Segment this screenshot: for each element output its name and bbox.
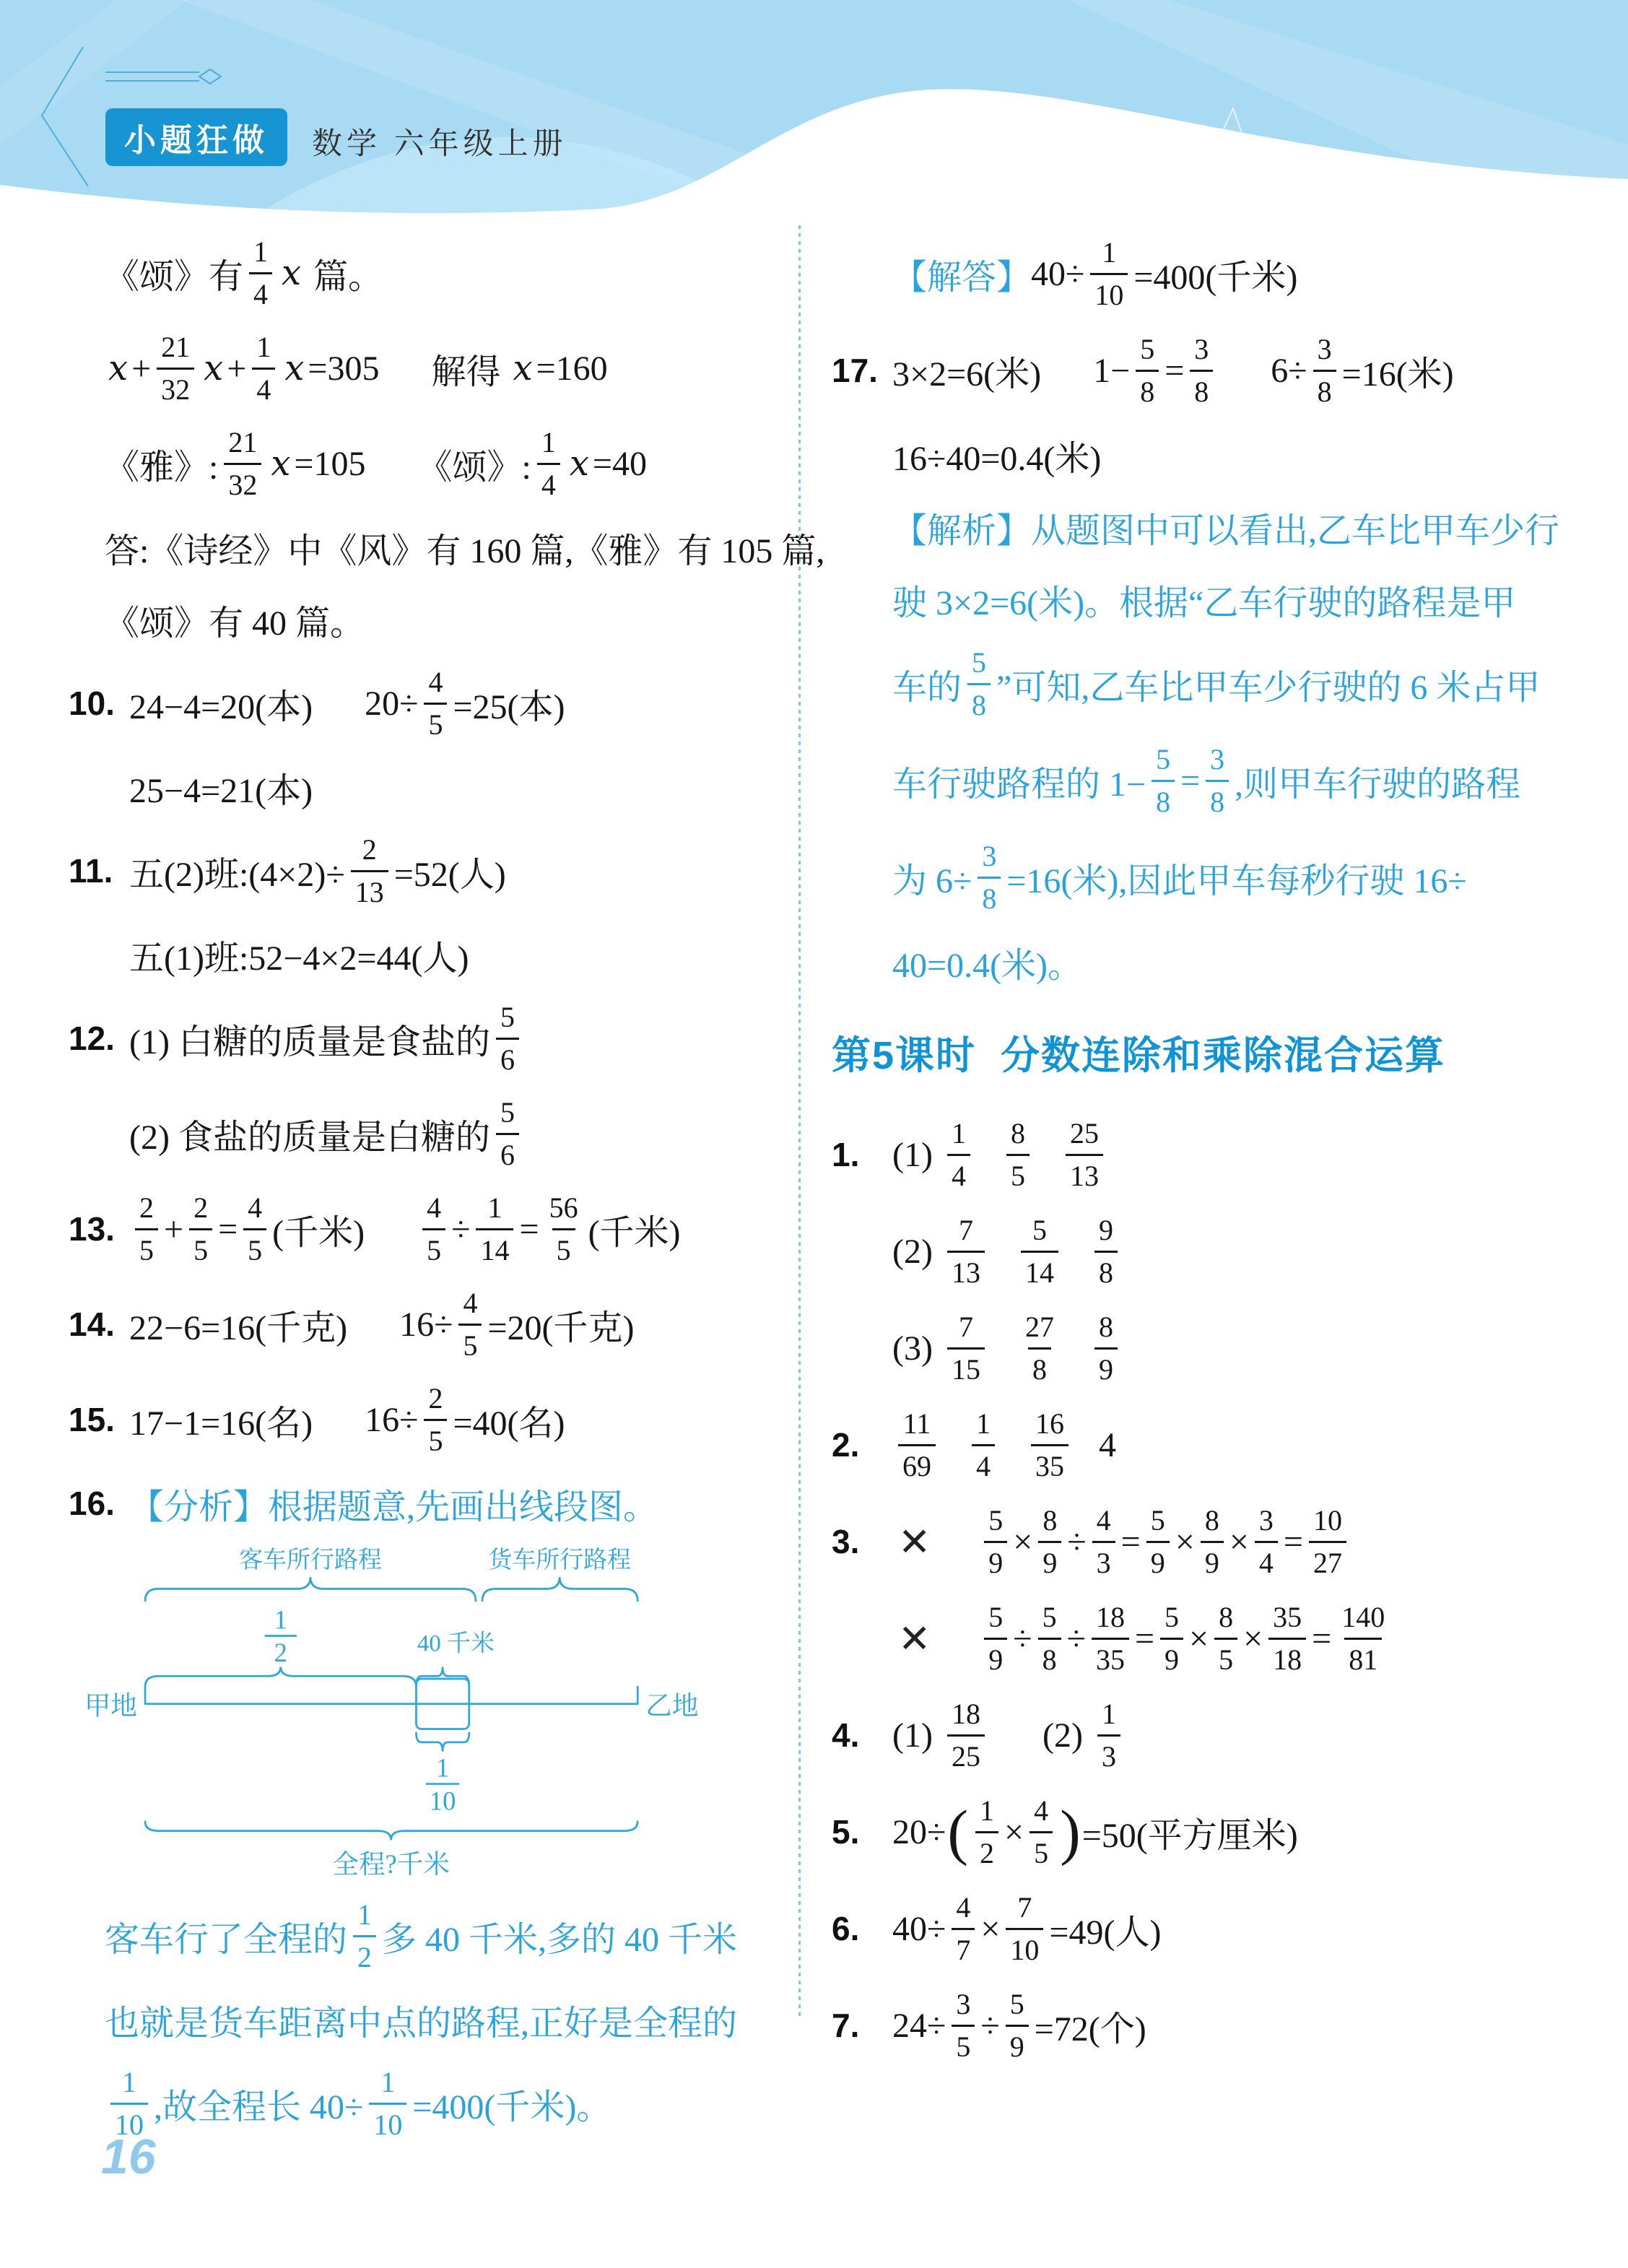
answer-line: 车行驶路程的 1−58=38,则甲车行驶的路程 bbox=[832, 732, 1597, 829]
fraction: 85 bbox=[1006, 1119, 1030, 1191]
math-text: =105 bbox=[294, 444, 365, 484]
math-text: 24÷ bbox=[892, 2006, 946, 2046]
math-text: 4 bbox=[1099, 1425, 1116, 1465]
fraction-part: 21 bbox=[224, 428, 261, 463]
fraction-part: 18 bbox=[1268, 1638, 1306, 1674]
math-text: =160 bbox=[536, 349, 608, 388]
fraction-part: 1 bbox=[537, 428, 560, 463]
diagram-total-label: 全程?千米 bbox=[332, 1849, 450, 1879]
fraction-part: 1 bbox=[118, 2068, 141, 2103]
math-text: =20(千克) bbox=[487, 1300, 634, 1350]
explanation-text: ”可知,乙车比甲车少行驶的 6 米占甲 bbox=[996, 659, 1540, 709]
fraction-part: 5 bbox=[1152, 745, 1175, 780]
fraction-part: 10 bbox=[369, 2103, 406, 2139]
math-text: =305 bbox=[308, 349, 379, 388]
fraction: 89 bbox=[1094, 1313, 1118, 1384]
fraction-part: 8 bbox=[1006, 1119, 1030, 1154]
fraction: 35 bbox=[952, 1990, 975, 2061]
explanation-text: 从题图中可以看出,乙车比甲车少行 bbox=[1031, 503, 1559, 552]
answer-line: 也就是货车距离中点的路程,正好是全程的 bbox=[69, 1984, 800, 2056]
math-text: 16÷ bbox=[365, 1400, 418, 1440]
math-text: 五(2)班:(4×2)÷ bbox=[129, 846, 345, 896]
answer-line: 4.(1) 1825(2) 13 bbox=[832, 1687, 1597, 1783]
explanation-text: 车的 bbox=[892, 659, 962, 709]
fraction: 59 bbox=[1006, 1990, 1029, 2061]
math-text: 《颂》有 bbox=[105, 248, 243, 298]
fraction: 59 bbox=[984, 1603, 1007, 1674]
fraction-part: 5 bbox=[189, 1228, 212, 1265]
fraction-part: 5 bbox=[1160, 1603, 1183, 1638]
fraction-part: 5 bbox=[135, 1228, 158, 1265]
answer-line: 2.11691416354 bbox=[832, 1396, 1597, 1493]
fraction-part: 21 bbox=[157, 333, 194, 368]
math-text: (千米) bbox=[272, 1204, 365, 1254]
math-text: = bbox=[1135, 1619, 1154, 1659]
explanation-text: = bbox=[1180, 761, 1200, 801]
answer-line: 11.五(2)班:(4×2)÷213=52(人) bbox=[69, 823, 800, 918]
fraction-part: 5 bbox=[496, 1003, 519, 1038]
math-text: × bbox=[1013, 1522, 1032, 1562]
answer-line: 25−4=21(本) bbox=[69, 751, 800, 823]
label-tag: 【解析】 bbox=[892, 503, 1031, 552]
fraction: 12 bbox=[975, 1796, 998, 1868]
explanation-text: 也就是货车距离中点的路程,正好是全程的 bbox=[105, 1995, 737, 2045]
explanation-text: 驶 3×2=6(米)。根据“乙车行驶的路程是甲 bbox=[892, 575, 1515, 625]
fraction-part: 35 bbox=[1268, 1603, 1306, 1638]
item-number: 13. bbox=[69, 1209, 129, 1248]
math-text: =400(千米) bbox=[1133, 249, 1297, 299]
fraction: 1027 bbox=[1309, 1506, 1346, 1578]
fraction-part: 8 bbox=[967, 683, 991, 720]
fraction-part: 3 bbox=[1313, 335, 1336, 370]
math-text: ÷ bbox=[451, 1209, 470, 1249]
fraction-part: 8 bbox=[1206, 780, 1229, 817]
fraction: 25 bbox=[424, 1384, 447, 1456]
math-text: × bbox=[1175, 1522, 1195, 1562]
fraction: 38 bbox=[978, 842, 1001, 913]
fraction: 85 bbox=[1214, 1603, 1237, 1674]
math-text: 3×2=6(米) bbox=[892, 346, 1041, 396]
math-text: (千米) bbox=[588, 1204, 681, 1254]
fraction: 12 bbox=[353, 1900, 376, 1972]
answer-line: 15.17−1=16(名)16÷25=40(名) bbox=[69, 1372, 800, 1467]
variable: x bbox=[200, 348, 227, 388]
fraction-part: 5 bbox=[1030, 1831, 1053, 1868]
fraction-part: 10 bbox=[1006, 1928, 1043, 1965]
math-text: 17−1=16(名) bbox=[129, 1395, 313, 1445]
math-text: =50(平方厘米) bbox=[1082, 1807, 1298, 1857]
book-subtitle: 数学 六年级上册 bbox=[312, 120, 567, 163]
diagram-half-numerator: 1 bbox=[274, 1604, 287, 1634]
fraction-part: 5 bbox=[967, 648, 991, 683]
answer-line: 3.✕59×89÷43=59×89×34=1027 bbox=[832, 1493, 1597, 1590]
fraction-part: 8 bbox=[1038, 1506, 1061, 1541]
math-text: 五(1)班:52−4×2=44(人) bbox=[129, 930, 469, 980]
fraction-part: 4 bbox=[972, 1444, 995, 1481]
fraction-part: 5 bbox=[243, 1228, 266, 1265]
fraction: 1835 bbox=[1092, 1603, 1129, 1674]
math-text: =40 bbox=[593, 444, 647, 484]
answer-line: 14.22−6=16(千克)16÷45=20(千克) bbox=[69, 1277, 800, 1372]
item-number: 15. bbox=[69, 1400, 129, 1439]
item-number: 4. bbox=[832, 1716, 892, 1755]
fraction-part: 81 bbox=[1344, 1638, 1382, 1674]
math-text: 答:《诗经》中《风》有 160 篇,《雅》有 105 篇, bbox=[105, 523, 824, 573]
diagram-end-label: 乙地 bbox=[645, 1690, 698, 1720]
fraction: 43 bbox=[1092, 1506, 1115, 1578]
fraction-part: 1 bbox=[972, 1409, 995, 1444]
answer-line: 为 6÷38=16(米),因此甲车每秒行驶 16÷ bbox=[832, 829, 1597, 926]
answer-line: 17.3×2=6(米)1−58=386÷38=16(米) bbox=[832, 322, 1597, 419]
math-text: + bbox=[227, 349, 246, 388]
fraction-part: 3 bbox=[952, 1990, 975, 2025]
answer-line: 16÷40=0.4(米) bbox=[832, 419, 1597, 491]
item-number: 6. bbox=[832, 1909, 892, 1948]
math-text: 16÷ bbox=[399, 1305, 453, 1344]
math-text: 20÷ bbox=[892, 1812, 946, 1852]
left-lines-before: 《颂》有14x 篇。x+2132x+14x=305解得 x=160《雅》:213… bbox=[69, 225, 800, 1539]
answer-line: 12.(1) 白糖的质量是食盐的56 bbox=[69, 991, 800, 1086]
fraction-part: 9 bbox=[1094, 1216, 1118, 1251]
fraction-part: 4 bbox=[952, 1893, 975, 1928]
page-header: 小题狂做 数学 六年级上册 bbox=[0, 0, 1628, 217]
fraction-part: 25 bbox=[1066, 1119, 1103, 1154]
fraction-part: 6 bbox=[496, 1038, 519, 1074]
fraction-part: 16 bbox=[1031, 1409, 1068, 1444]
fraction: 59 bbox=[984, 1506, 1007, 1578]
fraction-part: 4 bbox=[249, 272, 272, 309]
fraction-part: 35 bbox=[1031, 1444, 1068, 1481]
explanation-text: 40=0.4(米)。 bbox=[892, 937, 1082, 987]
fraction: 213 bbox=[351, 835, 388, 907]
fraction: 14081 bbox=[1337, 1603, 1389, 1674]
fraction: 14 bbox=[249, 238, 272, 309]
fraction-part: 8 bbox=[1190, 370, 1213, 407]
fraction: 58 bbox=[967, 648, 991, 720]
fraction-part: 4 bbox=[1255, 1541, 1278, 1578]
diagram-tenth-denominator: 10 bbox=[430, 1786, 456, 1815]
fraction-part: 1 bbox=[252, 333, 275, 368]
fraction: 565 bbox=[545, 1194, 583, 1265]
math-text: 24−4=20(本) bbox=[129, 679, 313, 729]
fraction-part: 4 bbox=[252, 368, 275, 404]
answer-line: 【解答】40÷110=400(千米) bbox=[832, 225, 1597, 322]
fraction-part: 6 bbox=[496, 1133, 519, 1170]
fraction: 38 bbox=[1190, 335, 1213, 407]
math-text: 《雅》: bbox=[105, 439, 218, 489]
answer-line: 7.24÷35÷59=72(个) bbox=[832, 1977, 1597, 2074]
item-number: 1. bbox=[832, 1135, 892, 1174]
math-text: (2) 食盐的质量是白糖的 bbox=[129, 1109, 490, 1159]
fraction: 14 bbox=[947, 1119, 970, 1191]
item-number: 5. bbox=[832, 1812, 892, 1851]
fraction-part: 5 bbox=[1214, 1638, 1237, 1674]
fraction: 45 bbox=[243, 1194, 266, 1265]
fraction-part: 9 bbox=[984, 1638, 1007, 1674]
math-text: 解得 bbox=[431, 344, 509, 394]
fraction: 1635 bbox=[1031, 1409, 1068, 1481]
fraction-part: 11 bbox=[899, 1409, 936, 1444]
math-text: + bbox=[131, 349, 151, 388]
answer-line: (2) 食盐的质量是白糖的56 bbox=[69, 1086, 800, 1181]
fraction-part: 1 bbox=[1097, 1700, 1120, 1734]
fraction-part: 8 bbox=[1201, 1506, 1224, 1541]
fraction-part: 7 bbox=[1013, 1893, 1036, 1928]
diagram-forty-label: 40 千米 bbox=[417, 1630, 495, 1657]
brand-badge: 小题狂做 bbox=[105, 108, 287, 166]
answer-line: 1.(1) 14852513 bbox=[832, 1106, 1597, 1203]
big-paren: ( bbox=[947, 1801, 968, 1863]
fraction: 278 bbox=[1021, 1313, 1058, 1384]
fraction: 89 bbox=[1038, 1506, 1061, 1578]
math-text: = bbox=[1312, 1619, 1331, 1659]
fraction-part: 4 bbox=[458, 1289, 482, 1324]
item-number: 2. bbox=[832, 1425, 892, 1464]
answer-line: 《颂》有14x 篇。 bbox=[69, 225, 800, 321]
fraction-part: 14 bbox=[476, 1228, 513, 1265]
section-heading-text: 第5课时 bbox=[832, 1025, 976, 1080]
fraction-part: 56 bbox=[545, 1194, 583, 1228]
fraction: 2132 bbox=[157, 333, 194, 404]
fraction: 45 bbox=[424, 668, 447, 739]
math-text: 22−6=16(千克) bbox=[129, 1300, 347, 1350]
fraction: 25 bbox=[135, 1194, 158, 1265]
answer-line: 16.【分析】根据题意,先画出线段图。 bbox=[69, 1467, 800, 1539]
fraction-part: 4 bbox=[243, 1194, 266, 1228]
fraction-part: 5 bbox=[552, 1228, 575, 1265]
fraction-part: 32 bbox=[224, 463, 261, 500]
segment-diagram: 客车所行路程 货车所行路程 1 2 40 千米 1 10 全程?千米 bbox=[79, 1545, 800, 1882]
item-number: 10. bbox=[69, 684, 129, 723]
math-text: =25(本) bbox=[453, 679, 565, 729]
left-column: 《颂》有14x 篇。x+2132x+14x=305解得 x=160《雅》:213… bbox=[69, 225, 800, 2151]
math-text: 20÷ bbox=[365, 684, 418, 724]
fraction-part: 4 bbox=[424, 668, 447, 703]
math-text: 40÷ bbox=[892, 1909, 946, 1949]
diagram-tenth-numerator: 1 bbox=[436, 1752, 449, 1782]
fraction-part: 9 bbox=[1146, 1541, 1170, 1578]
fraction: 114 bbox=[476, 1194, 513, 1265]
fraction: 14 bbox=[537, 428, 560, 500]
fraction: 58 bbox=[1152, 745, 1175, 817]
answer-line: 【解析】从题图中可以看出,乙车比甲车少行 bbox=[832, 491, 1597, 563]
math-text: (1) bbox=[892, 1716, 941, 1755]
answer-line: 客车行了全程的12多 40 千米,多的 40 千米 bbox=[69, 1888, 800, 1984]
math-text: =40(名) bbox=[453, 1395, 565, 1445]
fraction: 514 bbox=[1021, 1216, 1058, 1287]
fraction-part: 27 bbox=[1309, 1541, 1346, 1578]
answer-line: 车的58”可知,乙车比甲车少行驶的 6 米占甲 bbox=[832, 635, 1597, 732]
fraction-part: 5 bbox=[952, 2025, 975, 2061]
item-number: 3. bbox=[832, 1522, 892, 1561]
fraction-part: 4 bbox=[947, 1154, 970, 1191]
fraction-part: 13 bbox=[351, 870, 388, 907]
explanation-text: 客车行了全程的 bbox=[105, 1911, 347, 1961]
fraction-part: 5 bbox=[422, 1228, 445, 1265]
explanation-text: ,则甲车行驶的路程 bbox=[1235, 756, 1520, 806]
section-heading: 第5课时分数连除和乘除混合运算 bbox=[832, 998, 1597, 1106]
fraction-part: 5 bbox=[1006, 1990, 1029, 2025]
math-text: × bbox=[1229, 1522, 1249, 1562]
math-text: × bbox=[1243, 1619, 1263, 1659]
answer-line: 5.20÷(12×45)=50(平方厘米) bbox=[832, 1783, 1597, 1880]
fraction-part: 25 bbox=[947, 1734, 985, 1771]
answer-line: 13.25+25=45(千米)45÷114=565(千米) bbox=[69, 1181, 800, 1277]
answer-line: 《颂》有 40 篇。 bbox=[69, 583, 800, 656]
fraction-part: 9 bbox=[1006, 2025, 1029, 2061]
variable: x bbox=[105, 348, 131, 388]
math-text: 篇。 bbox=[305, 248, 383, 298]
diagram-truck-label: 货车所行路程 bbox=[488, 1547, 631, 1573]
fraction: 14 bbox=[252, 333, 275, 404]
variable: x bbox=[509, 348, 536, 388]
fraction: 715 bbox=[947, 1313, 985, 1384]
fraction-part: 27 bbox=[1021, 1313, 1058, 1347]
right-column: 【解答】40÷110=400(千米)17.3×2=6(米)1−58=386÷38… bbox=[832, 225, 1597, 2074]
fraction: 58 bbox=[1038, 1603, 1061, 1674]
variable: x bbox=[267, 443, 294, 484]
fraction: 710 bbox=[1006, 1893, 1043, 1965]
fraction: 89 bbox=[1201, 1506, 1224, 1578]
fraction-part: 2 bbox=[358, 835, 381, 870]
fraction-part: 5 bbox=[984, 1506, 1007, 1541]
fraction-part: 3 bbox=[1190, 335, 1213, 370]
fraction-part: 5 bbox=[458, 1324, 482, 1360]
explanation-text: 车行驶路程的 1− bbox=[892, 756, 1146, 806]
item-number: 7. bbox=[832, 2006, 892, 2045]
answer-line: 驶 3×2=6(米)。根据“乙车行驶的路程是甲 bbox=[832, 563, 1597, 635]
workbook-page: { "header":{"badge":"小题狂做","subtitle":"数… bbox=[0, 0, 1628, 2268]
item-number: 16. bbox=[69, 1484, 129, 1523]
fraction-part: 4 bbox=[537, 463, 560, 500]
fraction: 58 bbox=[1136, 335, 1159, 407]
fraction-part: 5 bbox=[424, 1419, 447, 1456]
math-text: 《颂》有 40 篇。 bbox=[105, 595, 365, 645]
fraction-part: 2 bbox=[424, 1384, 447, 1419]
variable: x bbox=[278, 253, 305, 293]
fraction-part: 14 bbox=[1021, 1251, 1058, 1287]
explanation-text: 为 6÷ bbox=[892, 853, 972, 903]
math-text: ÷ bbox=[1067, 1619, 1086, 1659]
fraction-part: 9 bbox=[1038, 1541, 1061, 1578]
fraction: 59 bbox=[1160, 1603, 1183, 1674]
fraction-part: 140 bbox=[1337, 1603, 1389, 1638]
right-lines: 【解答】40÷110=400(千米)17.3×2=6(米)1−58=386÷38… bbox=[832, 225, 1597, 2074]
fraction-part: 1 bbox=[249, 238, 272, 272]
fraction-part: 7 bbox=[954, 1313, 978, 1347]
fraction-part: 8 bbox=[978, 877, 1001, 913]
explanation-text: 根据题意,先画出线段图。 bbox=[268, 1479, 658, 1529]
math-text: (3) bbox=[892, 1329, 941, 1368]
answer-line: 《雅》:2132x=105《颂》:14x=40 bbox=[69, 416, 800, 511]
fraction-part: 2 bbox=[135, 1194, 158, 1228]
fraction: 1825 bbox=[947, 1700, 985, 1771]
math-text: =52(人) bbox=[394, 846, 506, 896]
fraction-part: 5 bbox=[1006, 1154, 1030, 1191]
segment-diagram-svg: 客车所行路程 货车所行路程 1 2 40 千米 1 10 全程?千米 bbox=[79, 1545, 714, 1882]
fraction: 56 bbox=[496, 1098, 519, 1170]
math-text: 40÷ bbox=[1031, 254, 1084, 294]
fraction-part: 5 bbox=[1038, 1603, 1061, 1638]
math-text: = bbox=[1284, 1522, 1303, 1562]
math-text: =16(米) bbox=[1342, 346, 1454, 396]
fraction: 38 bbox=[1313, 335, 1336, 407]
math-text: 6÷ bbox=[1271, 351, 1307, 391]
fraction-part: 1 bbox=[947, 1119, 970, 1154]
variable: x bbox=[281, 348, 308, 388]
fraction-part: 4 bbox=[422, 1194, 445, 1228]
math-text: = bbox=[218, 1209, 238, 1249]
fraction-part: 8 bbox=[1136, 370, 1159, 407]
fraction-part: 2 bbox=[353, 1935, 376, 1972]
answer-line: 6.40÷47×710=49(人) bbox=[832, 1880, 1597, 1977]
math-text: 16÷40=0.4(米) bbox=[892, 430, 1101, 480]
math-text: × bbox=[1004, 1812, 1024, 1852]
explanation-text: =400(千米)。 bbox=[412, 2079, 611, 2129]
label-tag: 【解答】 bbox=[892, 249, 1031, 299]
fraction-part: 18 bbox=[947, 1700, 985, 1734]
fraction-part: 3 bbox=[1092, 1541, 1115, 1578]
math-text: = bbox=[1165, 351, 1184, 391]
fraction: 45 bbox=[422, 1194, 445, 1265]
fraction-part: 5 bbox=[984, 1603, 1007, 1638]
fraction: 56 bbox=[496, 1003, 519, 1074]
fraction-part: 5 bbox=[496, 1098, 519, 1133]
fraction: 47 bbox=[952, 1893, 975, 1965]
math-text: + bbox=[164, 1209, 183, 1249]
fraction-part: 5 bbox=[1028, 1216, 1051, 1251]
item-number: 11. bbox=[69, 851, 129, 890]
fraction-part: 8 bbox=[1152, 780, 1175, 817]
big-paren: ) bbox=[1060, 1801, 1081, 1863]
math-text: ÷ bbox=[1067, 1522, 1086, 1562]
label-tag: 【分析】 bbox=[129, 1479, 268, 1529]
fraction: 45 bbox=[1030, 1796, 1053, 1868]
fraction-part: 1 bbox=[376, 2068, 399, 2103]
item-number: 14. bbox=[69, 1305, 129, 1344]
answer-line: 110,故全程长 40÷110=400(千米)。 bbox=[69, 2056, 800, 2151]
fraction-part: 1 bbox=[353, 1900, 376, 1935]
fraction-part: 4 bbox=[1092, 1506, 1115, 1541]
fraction: 1169 bbox=[898, 1409, 936, 1481]
fraction: 25 bbox=[189, 1194, 212, 1265]
answer-line: 40=0.4(米)。 bbox=[832, 926, 1597, 998]
page-number: 16 bbox=[101, 2129, 156, 2185]
fraction-part: 18 bbox=[1092, 1603, 1129, 1638]
math-text: 1− bbox=[1093, 351, 1130, 391]
math-text: (1) bbox=[892, 1135, 941, 1175]
fraction-part: 4 bbox=[1030, 1796, 1053, 1831]
math-text: 25−4=21(本) bbox=[129, 762, 313, 812]
fraction-part: 10 bbox=[1090, 273, 1128, 310]
fraction: 2132 bbox=[224, 428, 261, 500]
fraction: 3518 bbox=[1268, 1603, 1306, 1674]
fraction-part: 3 bbox=[1255, 1506, 1278, 1541]
fraction-part: 35 bbox=[1092, 1638, 1129, 1674]
wrong-mark: ✕ bbox=[898, 1616, 931, 1661]
fraction: 2513 bbox=[1066, 1119, 1103, 1191]
answer-line: x+2132x+14x=305解得 x=160 bbox=[69, 321, 800, 416]
fraction-part: 8 bbox=[1214, 1603, 1237, 1638]
fraction: 38 bbox=[1206, 745, 1229, 817]
fraction-part: 13 bbox=[1066, 1154, 1103, 1191]
fraction-part: 1 bbox=[975, 1796, 998, 1831]
diagram-passenger-label: 客车所行路程 bbox=[239, 1547, 382, 1573]
fraction-part: 5 bbox=[1136, 335, 1159, 370]
fraction-part: 8 bbox=[1038, 1638, 1061, 1674]
math-text: (2) bbox=[1042, 1716, 1092, 1755]
explanation-text: ,故全程长 40÷ bbox=[154, 2079, 363, 2129]
